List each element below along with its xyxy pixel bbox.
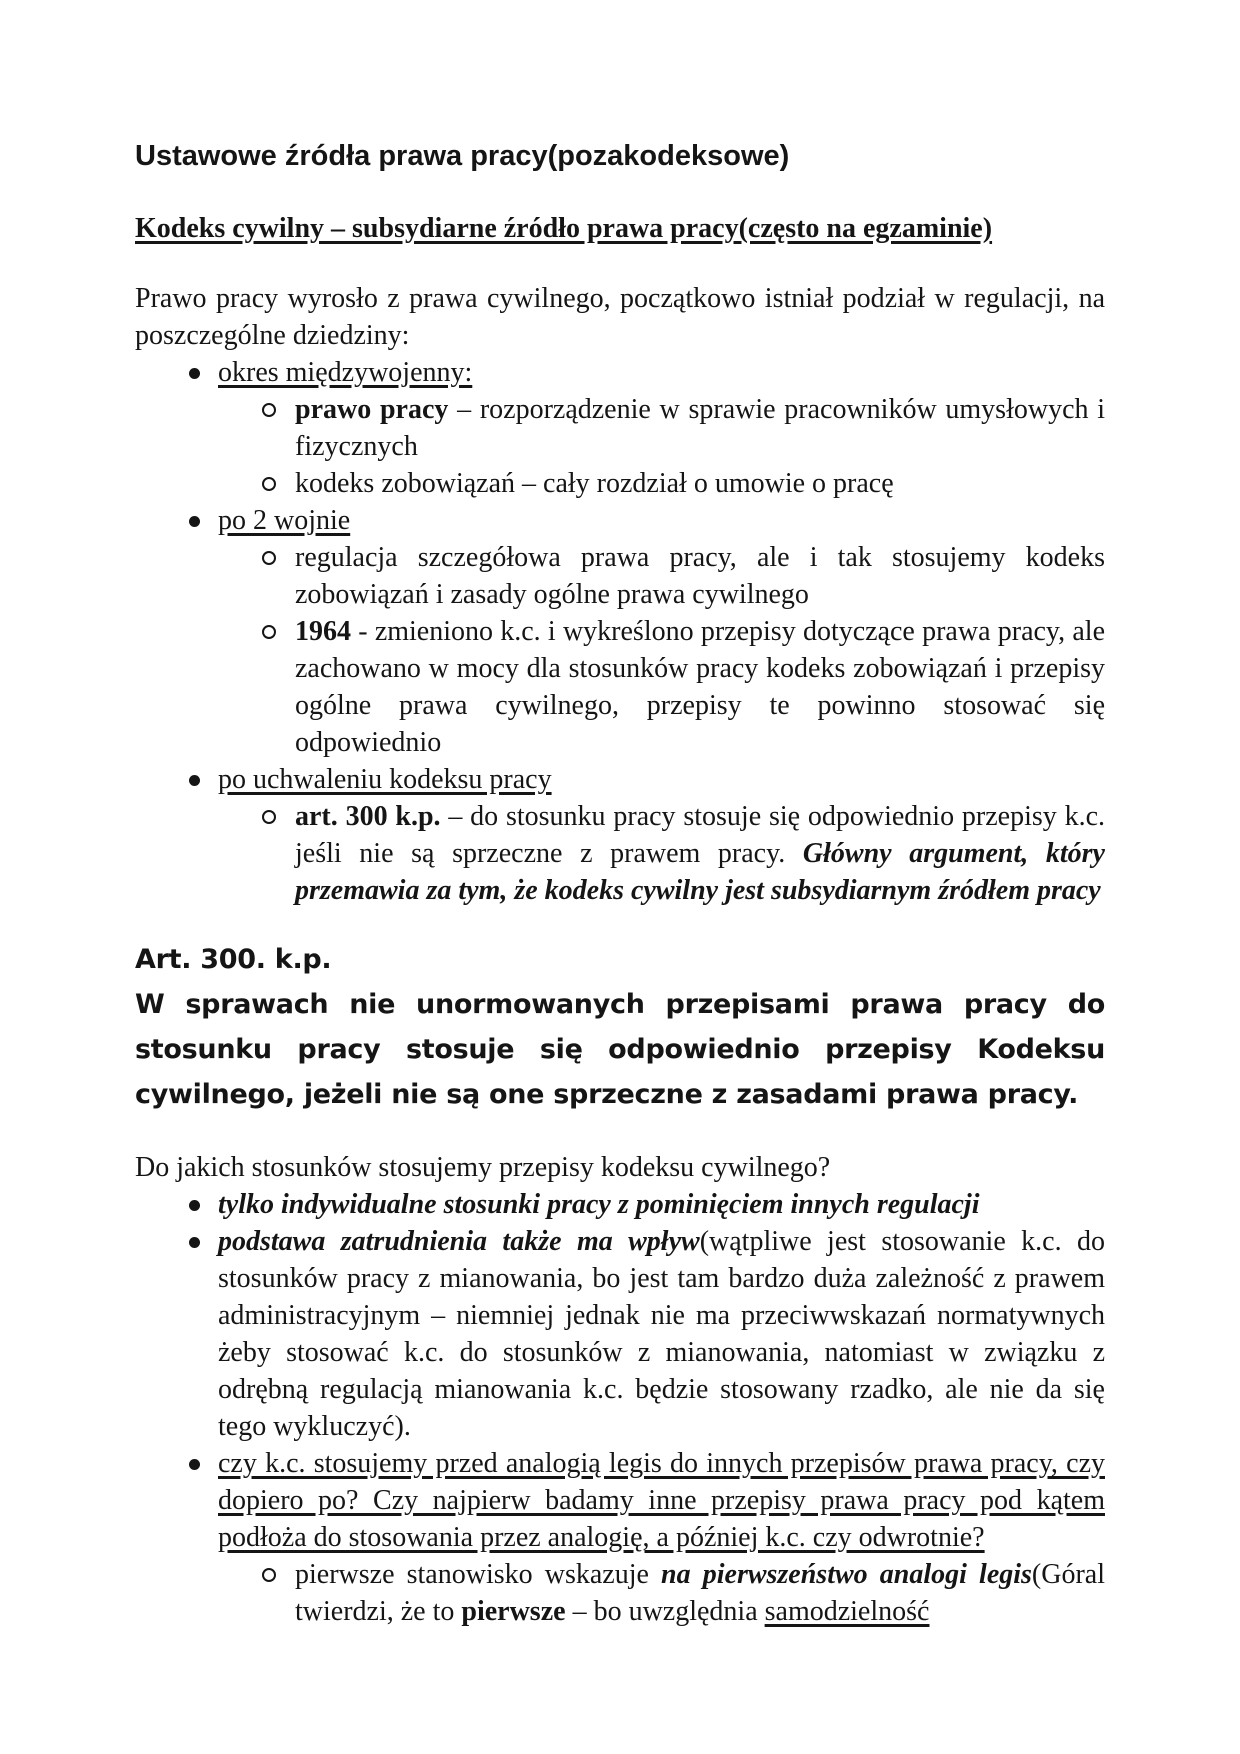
list-item-underlined-text: czy k.c. stosujemy przed analogią legis … <box>218 1448 1105 1553</box>
bullet-dot-icon <box>189 1237 200 1248</box>
document-page: Ustawowe źródła prawa pracy(pozakodeksow… <box>0 0 1240 1690</box>
circle-bullet-icon <box>262 810 276 824</box>
list-item-label: okres międzywojenny: <box>218 357 472 388</box>
subitem-text: kodeks zobowiązań – cały rozdział o umow… <box>295 468 894 499</box>
subitem-lead: art. 300 k.p. <box>295 801 441 832</box>
section-heading: Kodeks cywilny – subsydiarne źródło praw… <box>135 211 1105 247</box>
subitem-text: pierwsze stanowisko wskazuje <box>295 1559 661 1590</box>
question-paragraph: Do jakich stosunków stosujemy przepisy k… <box>135 1149 1105 1186</box>
list-subitem-1964: 1964 - zmieniono k.c. i wykreślono przep… <box>135 613 1105 761</box>
intro-paragraph: Prawo pracy wyrosło z prawa cywilnego, p… <box>135 280 1105 354</box>
subitem-bold-word: pierwsze <box>461 1596 565 1627</box>
article-quote-block: Art. 300. k.p. W sprawach nie unormowany… <box>135 937 1105 1117</box>
subitem-text: regulacja szczegółowa prawa pracy, ale i… <box>295 542 1105 610</box>
list-item-text: (wątpliwe jest stosowanie k.c. do stosun… <box>218 1226 1105 1442</box>
circle-bullet-icon <box>262 1568 276 1582</box>
circle-bullet-icon <box>262 477 276 491</box>
list-item-emphasis: tylko indywidualne stosunki pracy z pomi… <box>218 1189 979 1220</box>
list-item-podstawa-zatrudnienia: podstawa zatrudnienia także ma wpływ(wąt… <box>135 1223 1105 1445</box>
bullet-dot-icon <box>189 1459 200 1470</box>
list-item-emphasis: podstawa zatrudnienia także ma wpływ <box>218 1226 700 1257</box>
list-item-label: po 2 wojnie <box>218 505 350 536</box>
circle-bullet-icon <box>262 551 276 565</box>
subitem-lead: 1964 <box>295 616 351 647</box>
list-item-czy-kc-stosujemy: czy k.c. stosujemy przed analogią legis … <box>135 1445 1105 1556</box>
list-item-po-uchwaleniu: po uchwaleniu kodeksu pracy <box>135 761 1105 798</box>
bullet-dot-icon <box>189 775 200 786</box>
list-subitem-kodeks-zobowiazan: kodeks zobowiązań – cały rozdział o umow… <box>135 465 1105 502</box>
circle-bullet-icon <box>262 403 276 417</box>
article-heading: Art. 300. k.p. <box>135 937 1105 982</box>
list-item-okres-miedzywojenny: okres międzywojenny: <box>135 354 1105 391</box>
subitem-text: - zmieniono k.c. i wykreślono przepisy d… <box>295 616 1105 758</box>
list-subitem-prawo-pracy: prawo pracy – rozporządzenie w sprawie p… <box>135 391 1105 465</box>
list-subitem-art-300: art. 300 k.p. – do stosunku pracy stosuj… <box>135 798 1105 909</box>
bullet-dot-icon <box>189 516 200 527</box>
list-subitem-pierwsze-stanowisko: pierwsze stanowisko wskazuje na pierwsze… <box>135 1556 1105 1630</box>
list-item-label: po uchwaleniu kodeksu pracy <box>218 764 552 795</box>
bullet-dot-icon <box>189 1200 200 1211</box>
list-subitem-regulacja: regulacja szczegółowa prawa pracy, ale i… <box>135 539 1105 613</box>
circle-bullet-icon <box>262 625 276 639</box>
bullet-dot-icon <box>189 368 200 379</box>
list-item-po-2-wojnie: po 2 wojnie <box>135 502 1105 539</box>
subitem-text: – bo uwzględnia <box>566 1596 765 1627</box>
subitem-lead: prawo pracy <box>295 394 448 425</box>
list-item-tylko-indywidualne: tylko indywidualne stosunki pracy z pomi… <box>135 1186 1105 1223</box>
page-title: Ustawowe źródła prawa pracy(pozakodeksow… <box>135 138 1105 174</box>
subitem-underlined-word: samodzielność <box>765 1596 930 1627</box>
subitem-emphasis: na pierwszeństwo analogi legis <box>661 1559 1032 1590</box>
article-body: W sprawach nie unormowanych przepisami p… <box>135 982 1105 1117</box>
